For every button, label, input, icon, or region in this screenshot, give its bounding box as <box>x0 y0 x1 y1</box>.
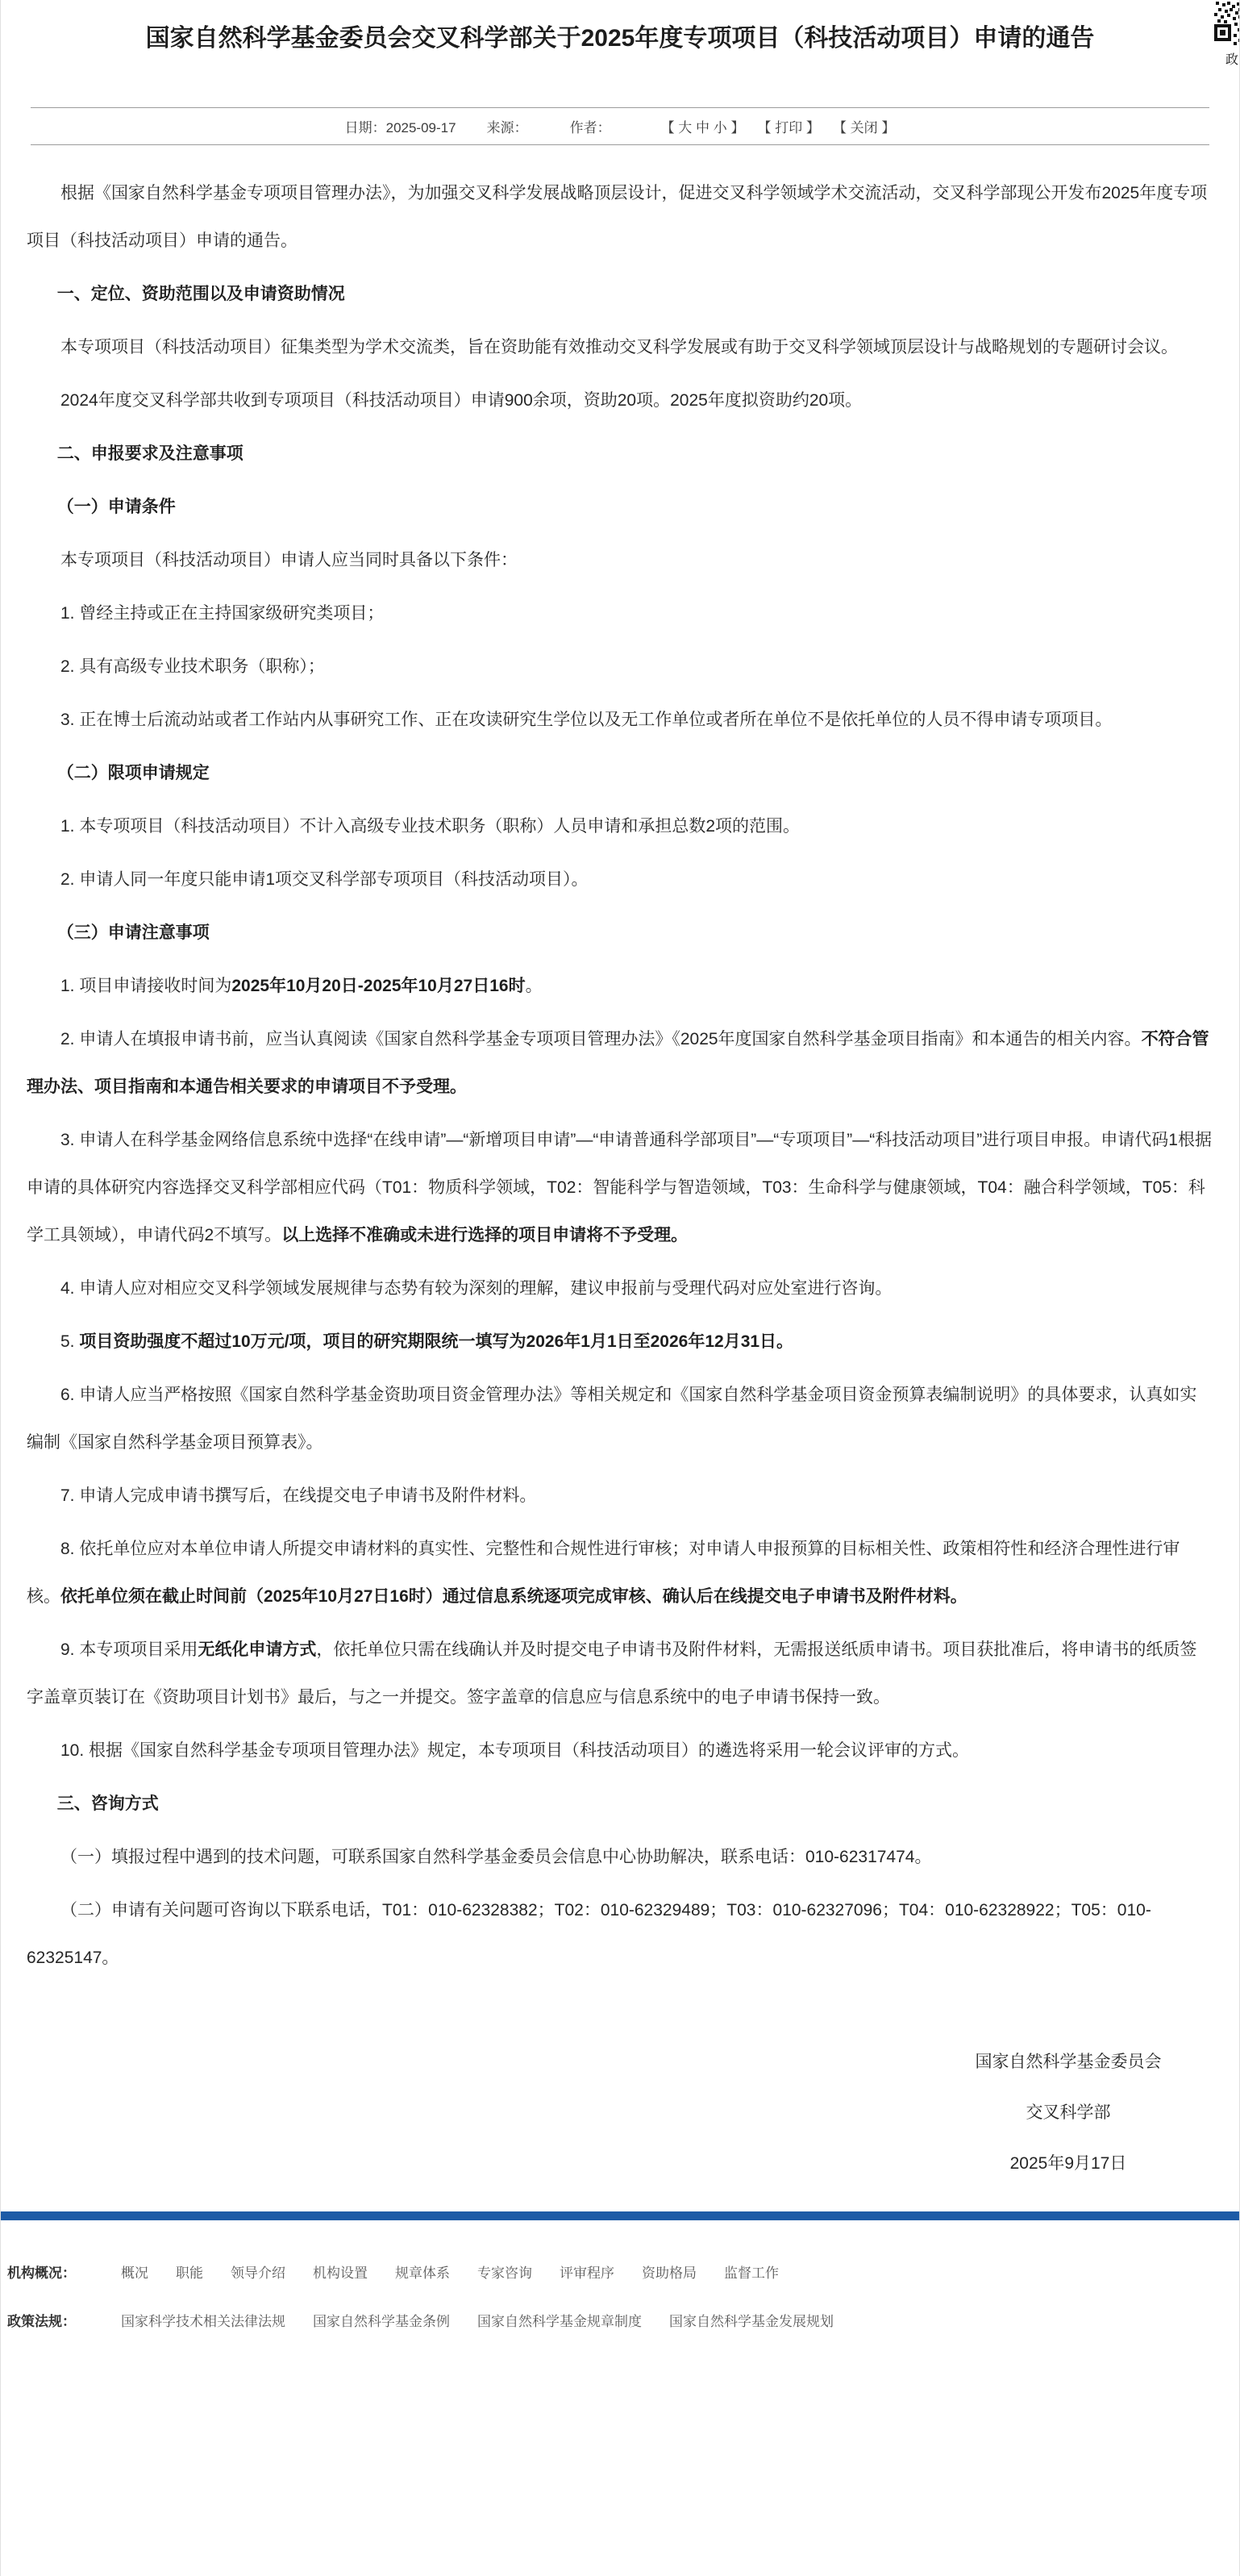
article-paragraph: 4. 申请人应对相应交叉科学领域发展规律与态势有较为深刻的理解，建议申报前与受理… <box>27 1265 1213 1312</box>
article-paragraph: 3. 申请人在科学基金网络信息系统中选择“在线申请”—“新增项目申请”—“申请普… <box>27 1116 1213 1259</box>
article-text: 。 <box>526 977 543 995</box>
article-paragraph: 2024年度交叉科学部共收到专项项目（科技活动项目）申请900余项，资助20项。… <box>27 377 1213 424</box>
article-text: 2024年度交叉科学部共收到专项项目（科技活动项目）申请900余项，资助20项。… <box>60 391 862 410</box>
notice-page: 政 国家自然科学基金委员会交叉科学部关于2025年度专项项目（科技活动项目）申请… <box>0 0 1240 2576</box>
article-text-bold: 无纸化申请方式 <box>198 1640 316 1659</box>
footer-link[interactable]: 国家自然科学基金发展规划 <box>669 2310 834 2330</box>
footer-divider <box>1 2211 1239 2220</box>
footer-link[interactable]: 职能 <box>176 2261 203 2282</box>
footer-nav: 机构概况：概况职能领导介绍机构设置规章体系专家咨询评审程序资助格局监督工作政策法… <box>1 2220 1239 2333</box>
article-heading: 三、咨询方式 <box>27 1780 1213 1828</box>
footer-link[interactable]: 监督工作 <box>724 2261 779 2282</box>
article-text-bold: 依托单位须在截止时间前（2025年10月27日16时）通过信息系统逐项完成审核、… <box>60 1587 967 1606</box>
article-paragraph: 10. 根据《国家自然科学基金专项项目管理办法》规定，本专项项目（科技活动项目）… <box>27 1727 1213 1774</box>
article-paragraph: 2. 具有高级专业技术职务（职称）； <box>27 643 1213 690</box>
article-text: 本专项项目（科技活动项目）申请人应当同时具备以下条件： <box>60 551 518 569</box>
article-paragraph: 5. 项目资助强度不超过10万元/项，项目的研究期限统一填写为2026年1月1日… <box>27 1318 1213 1365</box>
meta-date: 日期：2025-09-17 <box>345 116 456 136</box>
footer-row: 政策法规：国家科学技术相关法律法规国家自然科学基金条例国家自然科学基金规章制度国… <box>7 2306 1239 2333</box>
font-size-button[interactable]: 【 大 中 小 】 <box>661 116 745 136</box>
article-paragraph: 8. 依托单位应对本单位申请人所提交申请材料的真实性、完整性和合规性进行审核；对… <box>27 1525 1213 1620</box>
article-text: 6. 申请人应当严格按照《国家自然科学基金资助项目资金管理办法》等相关规定和《国… <box>27 1386 1196 1452</box>
article-paragraph: 3. 正在博士后流动站或者工作站内从事研究工作、正在攻读研究生学位以及无工作单位… <box>27 696 1213 744</box>
article-paragraph: 9. 本专项项目采用无纸化申请方式，依托单位只需在线确认并及时提交电子申请书及附… <box>27 1626 1213 1721</box>
footer-link[interactable]: 评审程序 <box>560 2261 614 2282</box>
article-text: （一）填报过程中遇到的技术问题，可联系国家自然科学基金委员会信息中心协助解决，联… <box>60 1848 931 1866</box>
article-text: 2. 申请人在填报申请书前，应当认真阅读《国家自然科学基金专项项目管理办法》《2… <box>60 1030 1142 1048</box>
article-paragraph: 2. 申请人同一年度只能申请1项交叉科学部专项项目（科技活动项目）。 <box>27 856 1213 903</box>
qr-caption: 政 <box>1225 53 1239 68</box>
article-text-bold: （一）申请条件 <box>57 498 176 516</box>
footer-row-label: 政策法规： <box>7 2310 76 2330</box>
article-text: 1. 项目申请接收时间为 <box>60 977 231 995</box>
article-text: 2. 具有高级专业技术职务（职称）； <box>60 657 325 676</box>
article-text: 5. <box>60 1332 79 1351</box>
article-paragraph: （二）申请有关问题可咨询以下联系电话，T01：010-62328382；T02：… <box>27 1886 1213 1982</box>
footer-link[interactable]: 国家自然科学基金条例 <box>313 2310 450 2330</box>
article-text: 3. 正在博士后流动站或者工作站内从事研究工作、正在攻读研究生学位以及无工作单位… <box>60 711 1112 729</box>
footer-link[interactable]: 概况 <box>121 2261 148 2282</box>
article-text-bold: 三、咨询方式 <box>57 1794 159 1813</box>
signature-line: 交叉科学部 <box>939 2087 1197 2138</box>
article-text: 4. 申请人应对相应交叉科学领域发展规律与态势有较为深刻的理解，建议申报前与受理… <box>60 1279 892 1298</box>
article-text: 本专项项目（科技活动项目）征集类型为学术交流类，旨在资助能有效推动交叉科学发展或… <box>60 338 1178 356</box>
page-title: 国家自然科学基金委员会交叉科学部关于2025年度专项项目（科技活动项目）申请的通… <box>1 0 1239 56</box>
signature-line: 国家自然科学基金委员会 <box>939 2036 1197 2087</box>
article-text: 根据《国家自然科学基金专项项目管理办法》，为加强交叉科学发展战略顶层设计，促进交… <box>27 184 1207 250</box>
footer-link[interactable]: 国家科学技术相关法律法规 <box>121 2310 285 2330</box>
qr-code-icon <box>1214 2 1239 47</box>
article-text-bold: 一、定位、资助范围以及申请资助情况 <box>57 285 345 303</box>
close-button[interactable]: 【 关闭 】 <box>833 116 895 136</box>
article-paragraph: 6. 申请人应当严格按照《国家自然科学基金资助项目资金管理办法》等相关规定和《国… <box>27 1371 1213 1466</box>
article-heading: （二）限项申请规定 <box>27 749 1213 797</box>
article-paragraph: （一）填报过程中遇到的技术问题，可联系国家自然科学基金委员会信息中心协助解决，联… <box>27 1833 1213 1881</box>
meta-bar: 日期：2025-09-17 来源： 作者： 【 大 中 小 】 【 打印 】 【… <box>31 107 1209 145</box>
article-text-bold: （二）限项申请规定 <box>57 764 210 782</box>
article-text-bold: 2025年10月20日-2025年10月27日16时 <box>231 977 525 995</box>
footer-link[interactable]: 专家咨询 <box>477 2261 532 2282</box>
article-paragraph: 本专项项目（科技活动项目）申请人应当同时具备以下条件： <box>27 536 1213 584</box>
article-text-bold: 以上选择不准确或未进行选择的项目申请将不予受理。 <box>281 1226 688 1244</box>
footer-link[interactable]: 机构设置 <box>313 2261 368 2282</box>
footer-row: 机构概况：概况职能领导介绍机构设置规章体系专家咨询评审程序资助格局监督工作 <box>7 2257 1239 2285</box>
signature-line: 2025年9月17日 <box>939 2138 1197 2189</box>
article-text: 2. 申请人同一年度只能申请1项交叉科学部专项项目（科技活动项目）。 <box>60 870 589 889</box>
share-qr-widget[interactable]: 政 <box>1214 2 1239 79</box>
article-heading: 一、定位、资助范围以及申请资助情况 <box>27 270 1213 318</box>
article-text: （二）申请有关问题可咨询以下联系电话，T01：010-62328382；T02：… <box>27 1901 1151 1967</box>
meta-source: 来源： <box>487 116 528 136</box>
footer-link[interactable]: 规章体系 <box>395 2261 450 2282</box>
article-text-bold: 项目资助强度不超过10万元/项，项目的研究期限统一填写为2026年1月1日至20… <box>79 1332 793 1351</box>
footer-link[interactable]: 资助格局 <box>642 2261 697 2282</box>
article-text: 10. 根据《国家自然科学基金专项项目管理办法》规定，本专项项目（科技活动项目）… <box>60 1741 969 1760</box>
article-paragraph: 1. 项目申请接收时间为2025年10月20日-2025年10月27日16时。 <box>27 962 1213 1010</box>
article-paragraph: 根据《国家自然科学基金专项项目管理办法》，为加强交叉科学发展战略顶层设计，促进交… <box>27 169 1213 265</box>
article-body: 根据《国家自然科学基金专项项目管理办法》，为加强交叉科学发展战略顶层设计，促进交… <box>1 145 1239 1982</box>
article-heading: （三）申请注意事项 <box>27 909 1213 957</box>
print-button[interactable]: 【 打印 】 <box>757 116 819 136</box>
article-heading: 二、申报要求及注意事项 <box>27 430 1213 477</box>
article-paragraph: 1. 本专项项目（科技活动项目）不计入高级专业技术职务（职称）人员申请和承担总数… <box>27 802 1213 850</box>
article-paragraph: 本专项项目（科技活动项目）征集类型为学术交流类，旨在资助能有效推动交叉科学发展或… <box>27 323 1213 371</box>
article-text-bold: 二、申报要求及注意事项 <box>57 444 243 463</box>
article-paragraph: 7. 申请人完成申请书撰写后，在线提交电子申请书及附件材料。 <box>27 1472 1213 1519</box>
meta-author: 作者： <box>570 116 611 136</box>
footer-link[interactable]: 领导介绍 <box>231 2261 285 2282</box>
article-text-bold: （三）申请注意事项 <box>57 923 210 942</box>
article-text: 9. 本专项项目采用 <box>60 1640 198 1659</box>
signature-block: 国家自然科学基金委员会交叉科学部2025年9月17日 <box>939 2036 1197 2189</box>
article-paragraph: 1. 曾经主持或正在主持国家级研究类项目； <box>27 590 1213 637</box>
article-heading: （一）申请条件 <box>27 483 1213 531</box>
footer-link[interactable]: 国家自然科学基金规章制度 <box>477 2310 642 2330</box>
article-text: 1. 本专项项目（科技活动项目）不计入高级专业技术职务（职称）人员申请和承担总数… <box>60 817 800 836</box>
article-text: 7. 申请人完成申请书撰写后，在线提交电子申请书及附件材料。 <box>60 1486 536 1505</box>
article-paragraph: 2. 申请人在填报申请书前，应当认真阅读《国家自然科学基金专项项目管理办法》《2… <box>27 1015 1213 1111</box>
article-text: 1. 曾经主持或正在主持国家级研究类项目； <box>60 604 384 623</box>
footer-row-label: 机构概况： <box>7 2261 76 2282</box>
